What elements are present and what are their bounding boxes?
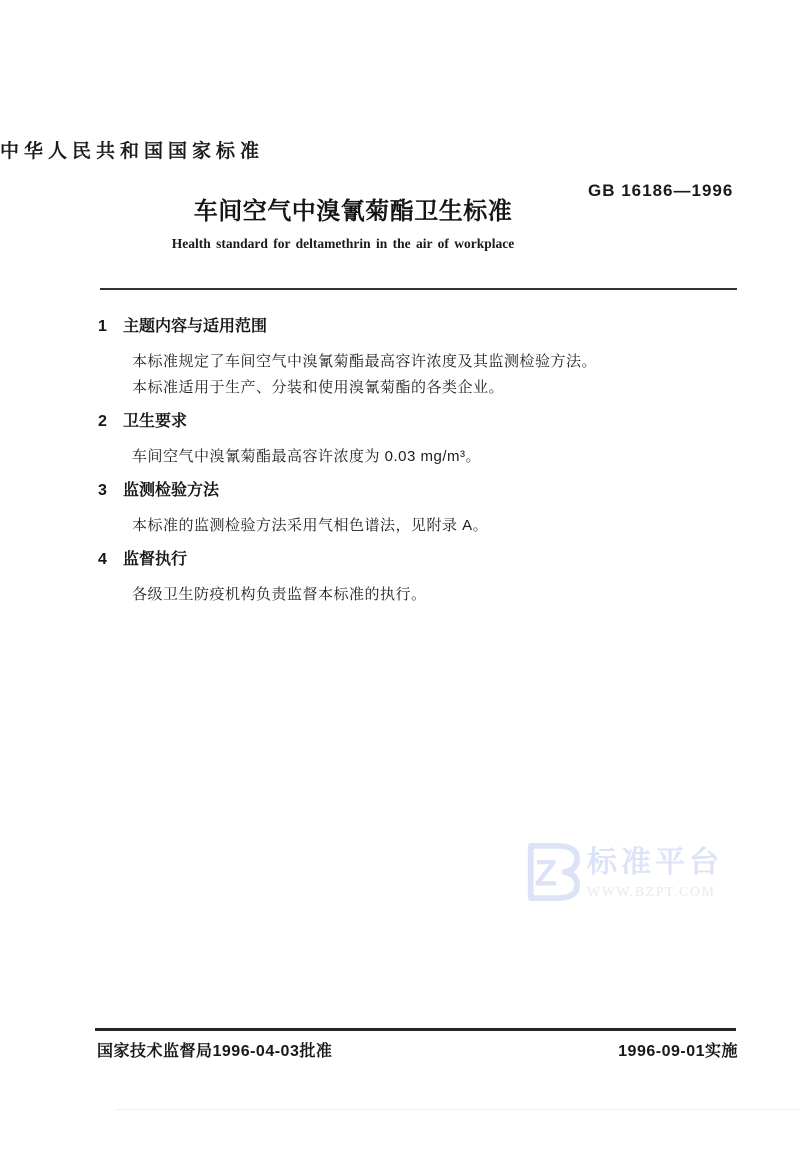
section-number: 2 bbox=[98, 412, 123, 432]
footer-approval: 国家技术监督局1996-04-03批准 bbox=[97, 1038, 332, 1061]
bzpt-logo-icon: Z bbox=[522, 843, 580, 901]
header-divider bbox=[100, 288, 737, 290]
section-4-supervision: 4 监督执行 各级卫生防疫机构负责监督本标准的执行。 bbox=[98, 550, 740, 608]
watermark-text-block: 标准平台 WWW.BZPT.COM bbox=[587, 843, 723, 901]
section-title: 卫生要求 bbox=[123, 412, 187, 432]
document-title-en: Health standard for deltamethrin in the … bbox=[0, 236, 686, 252]
document-page: 中华人民共和国国家标准 GB 16186—1996 车间空气中溴氰菊酯卫生标准 … bbox=[0, 0, 800, 1155]
section-title: 监测检验方法 bbox=[123, 481, 219, 501]
section-heading: 4 监督执行 bbox=[98, 550, 740, 570]
section-number: 4 bbox=[98, 550, 123, 570]
footer-implementation-date: 1996-09-01实施 bbox=[618, 1038, 738, 1061]
section-paragraph: 本标准的监测检验方法采用气相色谱法，见附录 A。 bbox=[98, 513, 740, 539]
scan-artifact-line bbox=[115, 1109, 800, 1110]
section-paragraph: 本标准适用于生产、分装和使用溴氰菊酯的各类企业。 bbox=[98, 375, 740, 401]
section-heading: 1 主题内容与适用范围 bbox=[98, 317, 740, 337]
section-paragraph: 车间空气中溴氰菊酯最高容许浓度为 0.03 mg/m³。 bbox=[98, 444, 740, 470]
section-number: 1 bbox=[98, 317, 123, 337]
footer-divider bbox=[95, 1028, 736, 1031]
section-heading: 3 监测检验方法 bbox=[98, 481, 740, 501]
section-heading: 2 卫生要求 bbox=[98, 412, 740, 432]
watermark-brand: 标准平台 bbox=[587, 845, 723, 881]
section-title: 主题内容与适用范围 bbox=[123, 317, 267, 337]
section-paragraph: 各级卫生防疫机构负责监督本标准的执行。 bbox=[98, 582, 740, 608]
national-standard-label: 中华人民共和国国家标准 bbox=[0, 136, 706, 163]
section-2-hygiene-requirement: 2 卫生要求 车间空气中溴氰菊酯最高容许浓度为 0.03 mg/m³。 bbox=[98, 412, 740, 470]
document-title-zh: 车间空气中溴氰菊酯卫生标准 bbox=[0, 191, 706, 226]
section-3-monitoring-method: 3 监测检验方法 本标准的监测检验方法采用气相色谱法，见附录 A。 bbox=[98, 481, 740, 539]
watermark-url: WWW.BZPT.COM bbox=[587, 885, 723, 901]
section-number: 3 bbox=[98, 481, 123, 501]
svg-text:Z: Z bbox=[535, 853, 557, 894]
watermark: Z 标准平台 WWW.BZPT.COM bbox=[522, 843, 723, 901]
section-1-scope: 1 主题内容与适用范围 本标准规定了车间空气中溴氰菊酯最高容许浓度及其监测检验方… bbox=[98, 317, 740, 401]
section-title: 监督执行 bbox=[123, 550, 187, 570]
document-body: 1 主题内容与适用范围 本标准规定了车间空气中溴氰菊酯最高容许浓度及其监测检验方… bbox=[98, 317, 740, 619]
section-paragraph: 本标准规定了车间空气中溴氰菊酯最高容许浓度及其监测检验方法。 bbox=[98, 349, 740, 375]
